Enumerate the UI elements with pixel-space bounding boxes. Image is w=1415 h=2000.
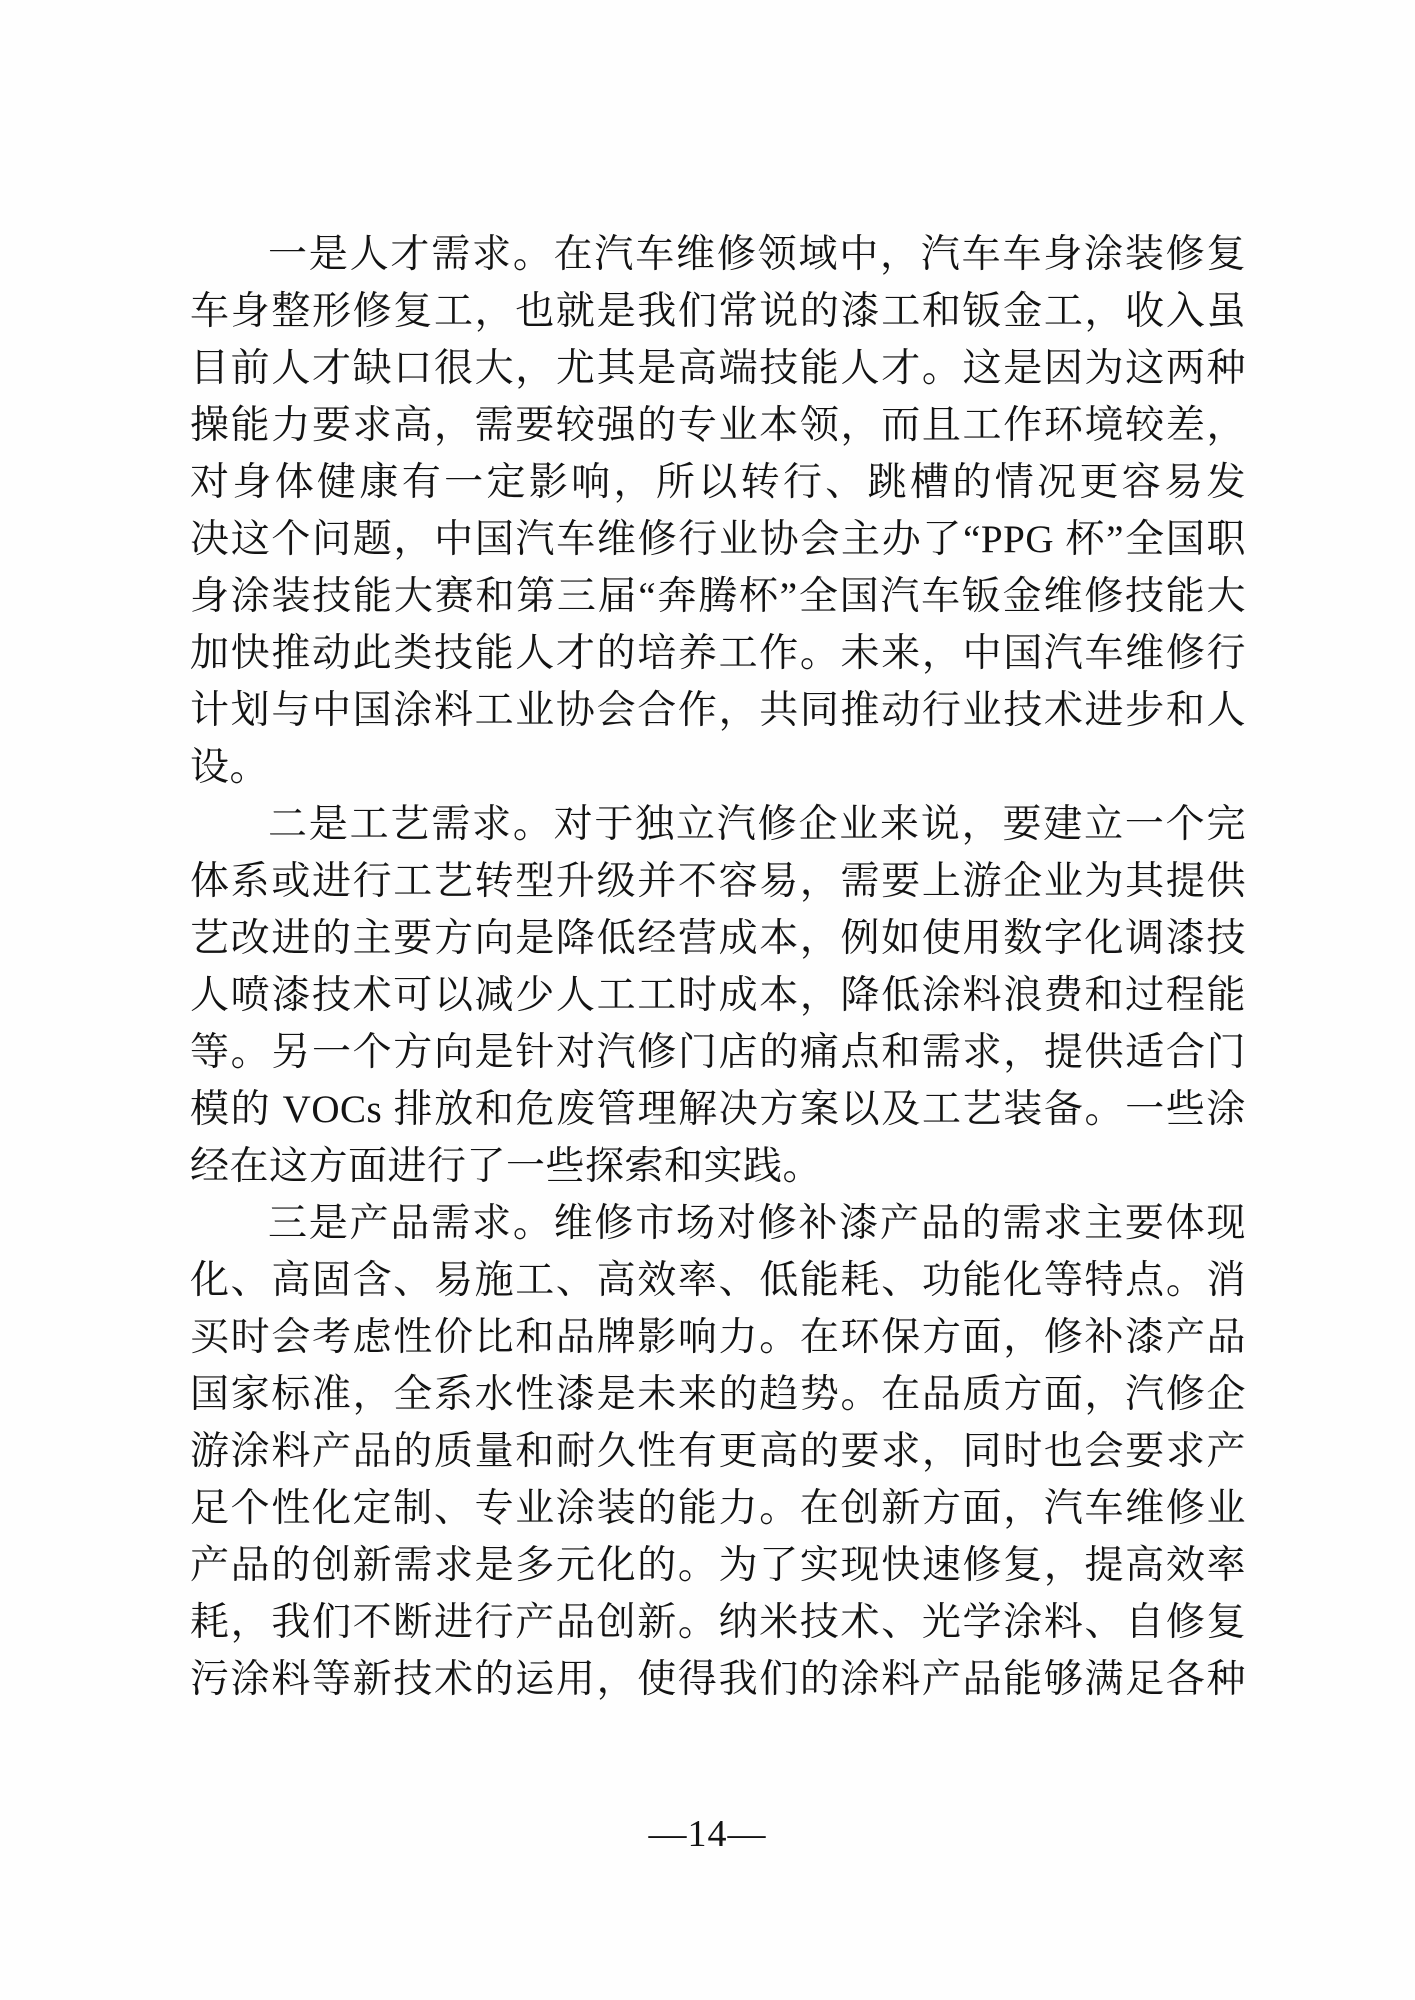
text-line: 目前人才缺口很大，尤其是高端技能人才。这是因为这两种工作的实 (190, 340, 1246, 397)
text-line: 产品的创新需求是多元化的。为了实现快速修复，提高效率并降低能 (190, 1537, 1246, 1594)
document-body: 一是人才需求。在汽车维修领域中，汽车车身涂装修复工和汽车车身整形修复工，也就是我… (190, 226, 1246, 1708)
page-number: —14— (0, 1812, 1415, 1857)
text-line: 对身体健康有一定影响，所以转行、跳槽的情况更容易发生。为了解 (190, 454, 1246, 511)
text-line: 一是人才需求。在汽车维修领域中，汽车车身涂装修复工和汽车 (190, 226, 1246, 283)
text-line: 车身整形修复工，也就是我们常说的漆工和钣金工，收入虽然高，但 (190, 283, 1246, 340)
text-line: 三是产品需求。维修市场对修补漆产品的需求主要体现在水性 (190, 1195, 1246, 1252)
text-line: 国家标准，全系水性漆是未来的趋势。在品质方面，汽修企业会对上 (190, 1366, 1246, 1423)
text-line: 化、高固含、易施工、高效率、低能耗、功能化等特点。消费者在购 (190, 1252, 1246, 1309)
text-line: 艺改进的主要方向是降低经营成本，例如使用数字化调漆技术和机器 (190, 910, 1246, 967)
text-line: 决这个问题，中国汽车维修行业协会主办了“PPG 杯”全国职业学校车 (190, 511, 1246, 568)
text-line: 加快推动此类技能人才的培养工作。未来，中国汽车维修行业协会也 (190, 625, 1246, 682)
text-line: 体系或进行工艺转型升级并不容易，需要上游企业为其提供帮助。工 (190, 853, 1246, 910)
text-line: 等。另一个方向是针对汽修门店的痛点和需求，提供适合门店经营规 (190, 1024, 1246, 1081)
text-line: 操能力要求高，需要较强的专业本领，而且工作环境较差，长期下来 (190, 397, 1246, 454)
text-line: 二是工艺需求。对于独立汽修企业来说，要建立一个完整的工艺 (190, 796, 1246, 853)
text-line: 身涂装技能大赛和第三届“奔腾杯”全国汽车钣金维修技能大赛，旨在 (190, 568, 1246, 625)
text-line: 游涂料产品的质量和耐久性有更高的要求，同时也会要求产品具备满 (190, 1423, 1246, 1480)
text-line: 污涂料等新技术的运用，使得我们的涂料产品能够满足各种功能性需 (190, 1651, 1246, 1708)
text-line: 耗，我们不断进行产品创新。纳米技术、光学涂料、自修复涂料、防 (190, 1594, 1246, 1651)
text-line: 足个性化定制、专业涂装的能力。在创新方面，汽车维修业对修补漆 (190, 1480, 1246, 1537)
text-line: 人喷漆技术可以减少人工工时成本，降低涂料浪费和过程能源消耗 (190, 967, 1246, 1024)
text-line: 模的 VOCs 排放和危废管理解决方案以及工艺装备。一些涂料企业已 (190, 1081, 1246, 1138)
text-line: 买时会考虑性价比和品牌影响力。在环保方面，修补漆产品必须符合 (190, 1309, 1246, 1366)
text-line: 经在这方面进行了一些探索和实践。 (190, 1138, 1246, 1195)
text-line: 设。 (190, 739, 1246, 796)
text-line: 计划与中国涂料工业协会合作，共同推动行业技术进步和人才队伍建 (190, 682, 1246, 739)
document-page: 一是人才需求。在汽车维修领域中，汽车车身涂装修复工和汽车车身整形修复工，也就是我… (0, 0, 1415, 2000)
